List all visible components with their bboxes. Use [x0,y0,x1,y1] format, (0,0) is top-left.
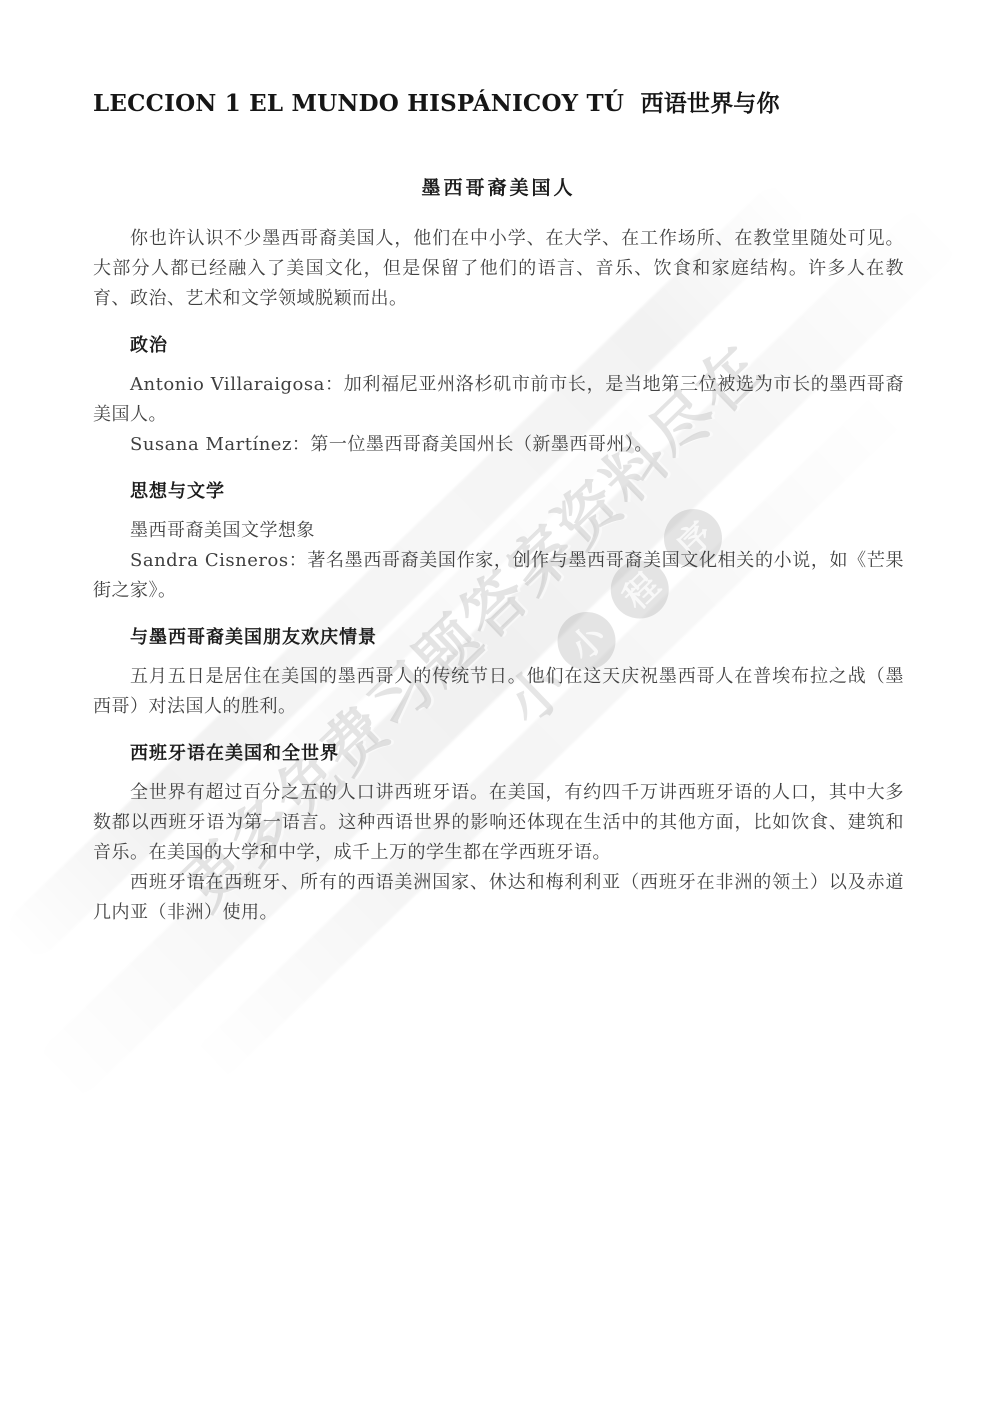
intro-paragraph-block: 你也许认识不少墨西哥裔美国人，他们在中小学、在大学、在工作场所、在教堂里随处可见… [93,224,904,314]
section-heading: 思想与文学 [130,480,904,504]
lesson-title: LECCION 1 EL MUNDO HISPÁNICOY TÚ 西语世界与你 [93,90,904,118]
intro-paragraph: 你也许认识不少墨西哥裔美国人，他们在中小学、在大学、在工作场所、在教堂里随处可见… [93,224,904,314]
document-content: LECCION 1 EL MUNDO HISPÁNICOY TÚ 西语世界与你 … [0,0,992,988]
section-spanish-worldwide: 西班牙语在美国和全世界 全世界有超过百分之五的人口讲西班牙语。在美国，有约四千万… [93,742,904,928]
section-literature: 思想与文学 墨西哥裔美国文学想象 Sandra Cisneros：著名墨西哥裔美… [93,480,904,606]
section-heading: 西班牙语在美国和全世界 [130,742,904,766]
section-heading: 政治 [130,334,904,358]
section-line: Susana Martínez：第一位墨西哥裔美国州长（新墨西哥州）。 [93,430,904,460]
section-paragraph: 五月五日是居住在美国的墨西哥人的传统节日。他们在这天庆祝墨西哥人在普埃布拉之战（… [93,662,904,722]
section-paragraph: 西班牙语在西班牙、所有的西语美洲国家、休达和梅利利亚（西班牙在非洲的领土）以及赤… [93,868,904,928]
section-line: 墨西哥裔美国文学想象 [93,516,904,546]
document-page: { "page": { "title": "LECCION 1 EL MUNDO… [0,0,992,1403]
section-line: Antonio Villaraigosa：加利福尼亚州洛杉矶市前市长，是当地第三… [93,370,904,430]
section-heading: 与墨西哥裔美国朋友欢庆情景 [130,626,904,650]
article-title: 墨西哥裔美国人 [93,176,904,200]
section-line: Sandra Cisneros：著名墨西哥裔美国作家，创作与墨西哥裔美国文化相关… [93,546,904,606]
section-paragraph: 全世界有超过百分之五的人口讲西班牙语。在美国，有约四千万讲西班牙语的人口，其中大… [93,778,904,868]
section-politics: 政治 Antonio Villaraigosa：加利福尼亚州洛杉矶市前市长，是当… [93,334,904,460]
section-celebration: 与墨西哥裔美国朋友欢庆情景 五月五日是居住在美国的墨西哥人的传统节日。他们在这天… [93,626,904,722]
